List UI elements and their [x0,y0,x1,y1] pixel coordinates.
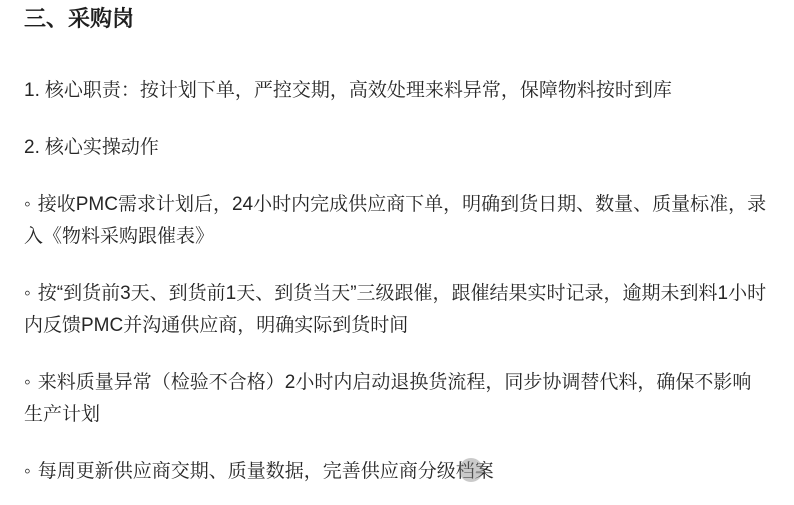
paragraph-text: 核心实操动作 [45,137,159,158]
bullet-text: 按“到货前3天、到货前1天、到货当天”三级跟催，跟催结果实时记录，逾期未到料1小… [24,283,766,336]
bullet-item-supplier-grading: ◦每周更新供应商交期、质量数据，完善供应商分级档案 [24,456,770,488]
bullet-icon: ◦ [24,194,31,215]
document-page: { "page": { "background": "#ffffff", "te… [0,0,794,505]
bullet-icon: ◦ [24,372,31,393]
document-body: 三、采购岗 1.核心职责：按计划下单，严控交期，高效处理来料异常，保障物料按时到… [0,0,794,488]
paragraph-core-actions-title: 2.核心实操动作 [24,132,770,164]
list-number: 2. [24,137,40,158]
list-number: 1. [24,80,40,101]
bullet-text: 接收PMC需求计划后，24小时内完成供应商下单，明确到货日期、数量、质量标准，录… [24,194,766,247]
bullet-item-order-placement: ◦接收PMC需求计划后，24小时内完成供应商下单，明确到货日期、数量、质量标准，… [24,189,770,253]
paragraph-core-duty: 1.核心职责：按计划下单，严控交期，高效处理来料异常，保障物料按时到库 [24,75,770,107]
bullet-text: 每周更新供应商交期、质量数据，完善供应商分级档案 [38,461,494,482]
paragraph-text: 核心职责：按计划下单，严控交期，高效处理来料异常，保障物料按时到库 [45,80,672,101]
bullet-text: 来料质量异常（检验不合格）2小时内启动退换货流程，同步协调替代料，确保不影响生产… [24,372,751,425]
section-heading: 三、采购岗 [24,4,770,34]
bullet-icon: ◦ [24,283,31,304]
bullet-icon: ◦ [24,461,31,482]
bullet-item-follow-up: ◦按“到货前3天、到货前1天、到货当天”三级跟催，跟催结果实时记录，逾期未到料1… [24,278,770,342]
bullet-item-quality-exception: ◦来料质量异常（检验不合格）2小时内启动退换货流程，同步协调替代料，确保不影响生… [24,367,770,431]
